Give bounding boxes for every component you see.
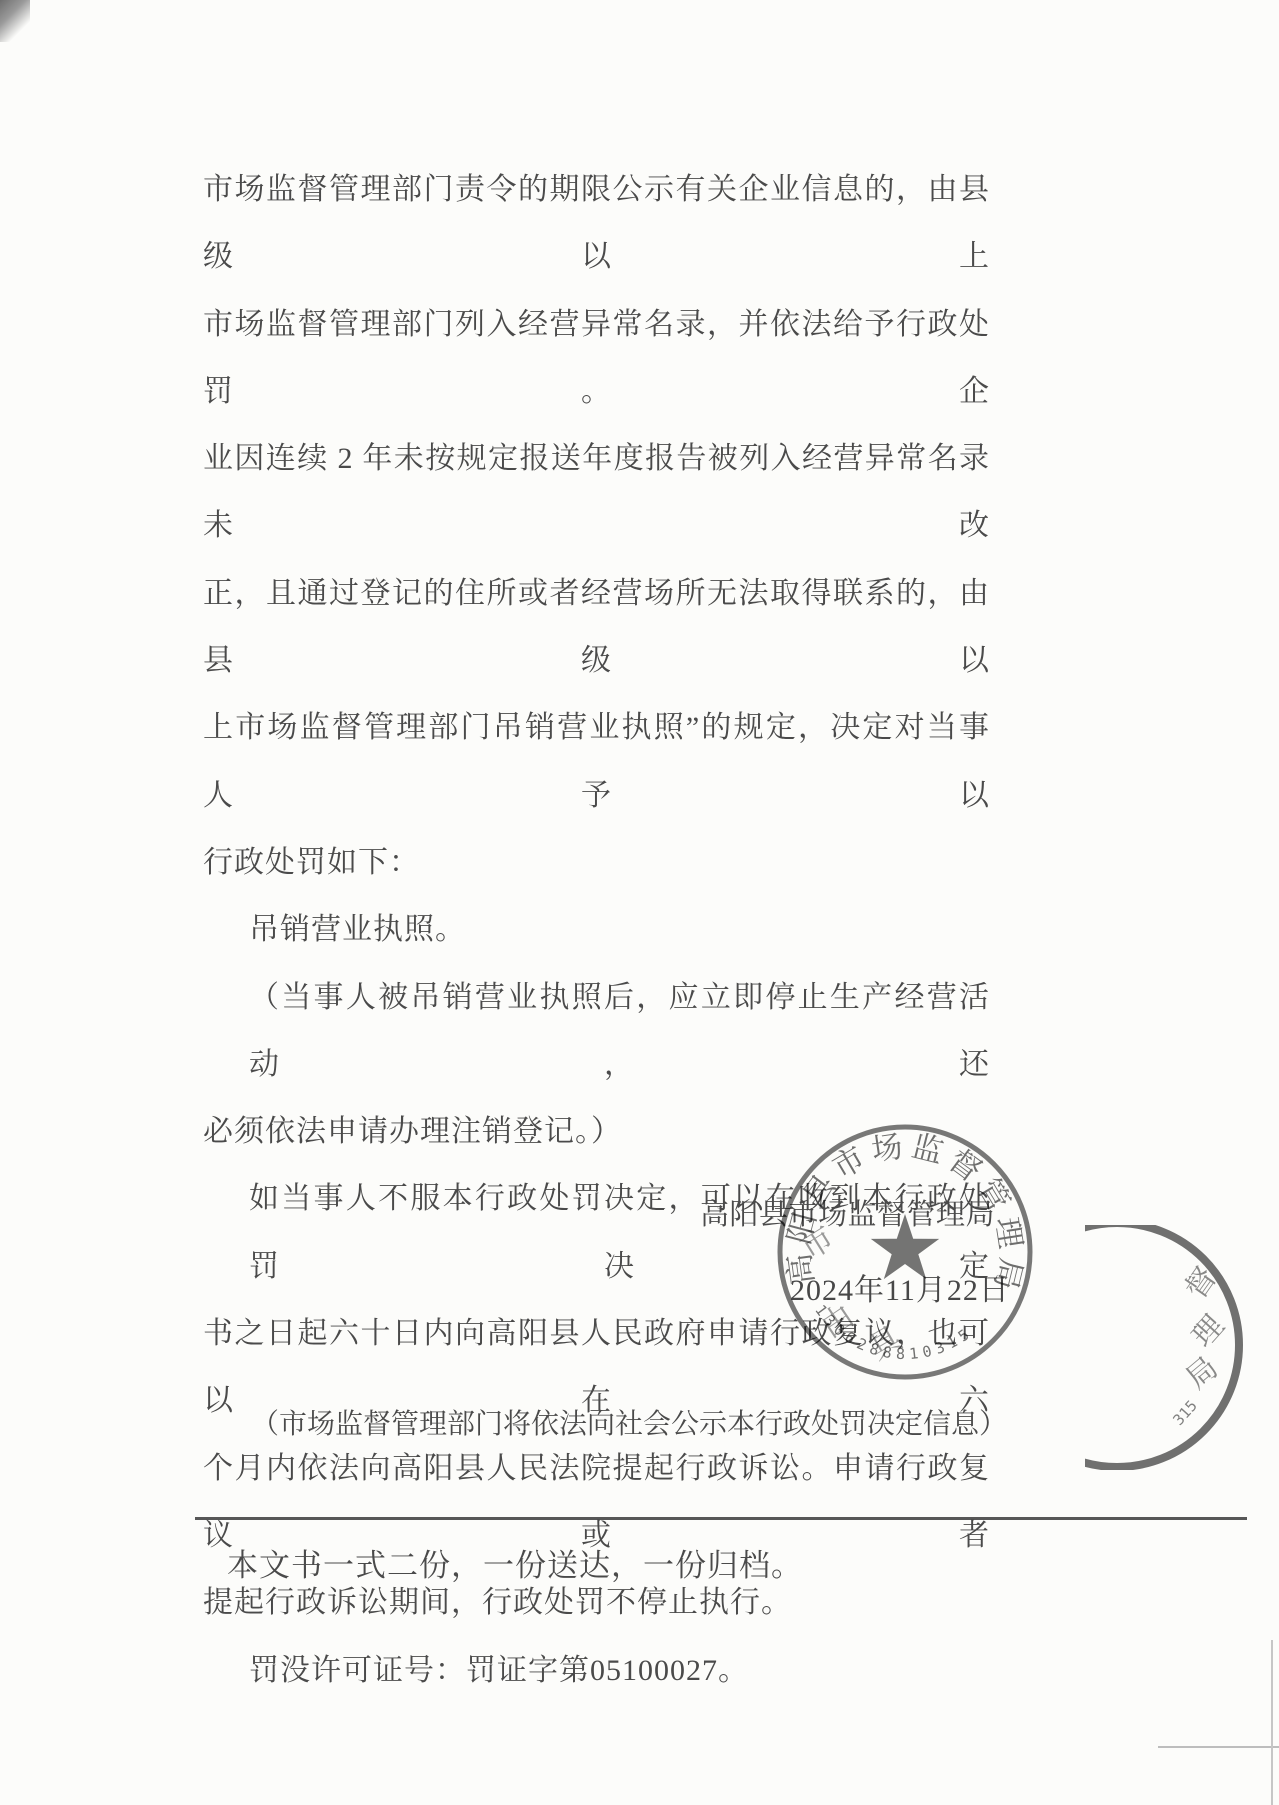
- body-line: 业因连续 2 年未按规定报送年度报告被列入经营异常名录未改: [203, 425, 990, 560]
- scan-edge-line-vertical: [1271, 1640, 1273, 1805]
- partial-seal-digits: 315: [1169, 1397, 1201, 1429]
- disclosure-note: （市场监督管理部门将依法向社会公示本行政处罚决定信息）: [251, 1402, 1007, 1442]
- document-body: 市场监督管理部门责令的期限公示有关企业信息的，由县级以上 市场监督管理部门列入经…: [203, 156, 990, 1704]
- body-line: （当事人被吊销营业执照后，应立即停止生产经营活动，还: [203, 964, 990, 1099]
- penalty-decision-line: 吊销营业执照。: [203, 896, 990, 963]
- body-line: 上市场监督管理部门吊销营业执照”的规定，决定对当事人予以: [203, 694, 990, 829]
- body-line: 行政处罚如下：: [203, 829, 990, 896]
- body-line: 市场监督管理部门责令的期限公示有关企业信息的，由县级以上: [203, 156, 990, 291]
- copies-note: 本文书一式二份，一份送达，一份归档。: [227, 1540, 803, 1585]
- scan-corner-smudge: [0, 0, 30, 42]
- body-line: 正，且通过登记的住所或者经营场所无法取得联系的，由县级以: [203, 560, 990, 695]
- footer-divider: [195, 1517, 1247, 1520]
- partial-seal-right-edge: 督 理 局 315: [1085, 1225, 1279, 1470]
- body-line: 市场监督管理部门列入经营异常名录，并依法给予行政处罚。企: [203, 291, 990, 426]
- partial-seal-char: 理: [1186, 1309, 1231, 1353]
- seal-star-icon: [871, 1214, 939, 1279]
- scanned-penalty-decision-page: 市场监督管理部门责令的期限公示有关企业信息的，由县级以上 市场监督管理部门列入经…: [0, 0, 1279, 1805]
- scan-edge-line-horizontal: [1158, 1746, 1279, 1748]
- partial-seal-char: 局: [1180, 1351, 1224, 1396]
- partial-seal-char: 督: [1179, 1261, 1223, 1305]
- permit-number-line: 罚没许可证号：罚证字第05100027。: [203, 1637, 990, 1704]
